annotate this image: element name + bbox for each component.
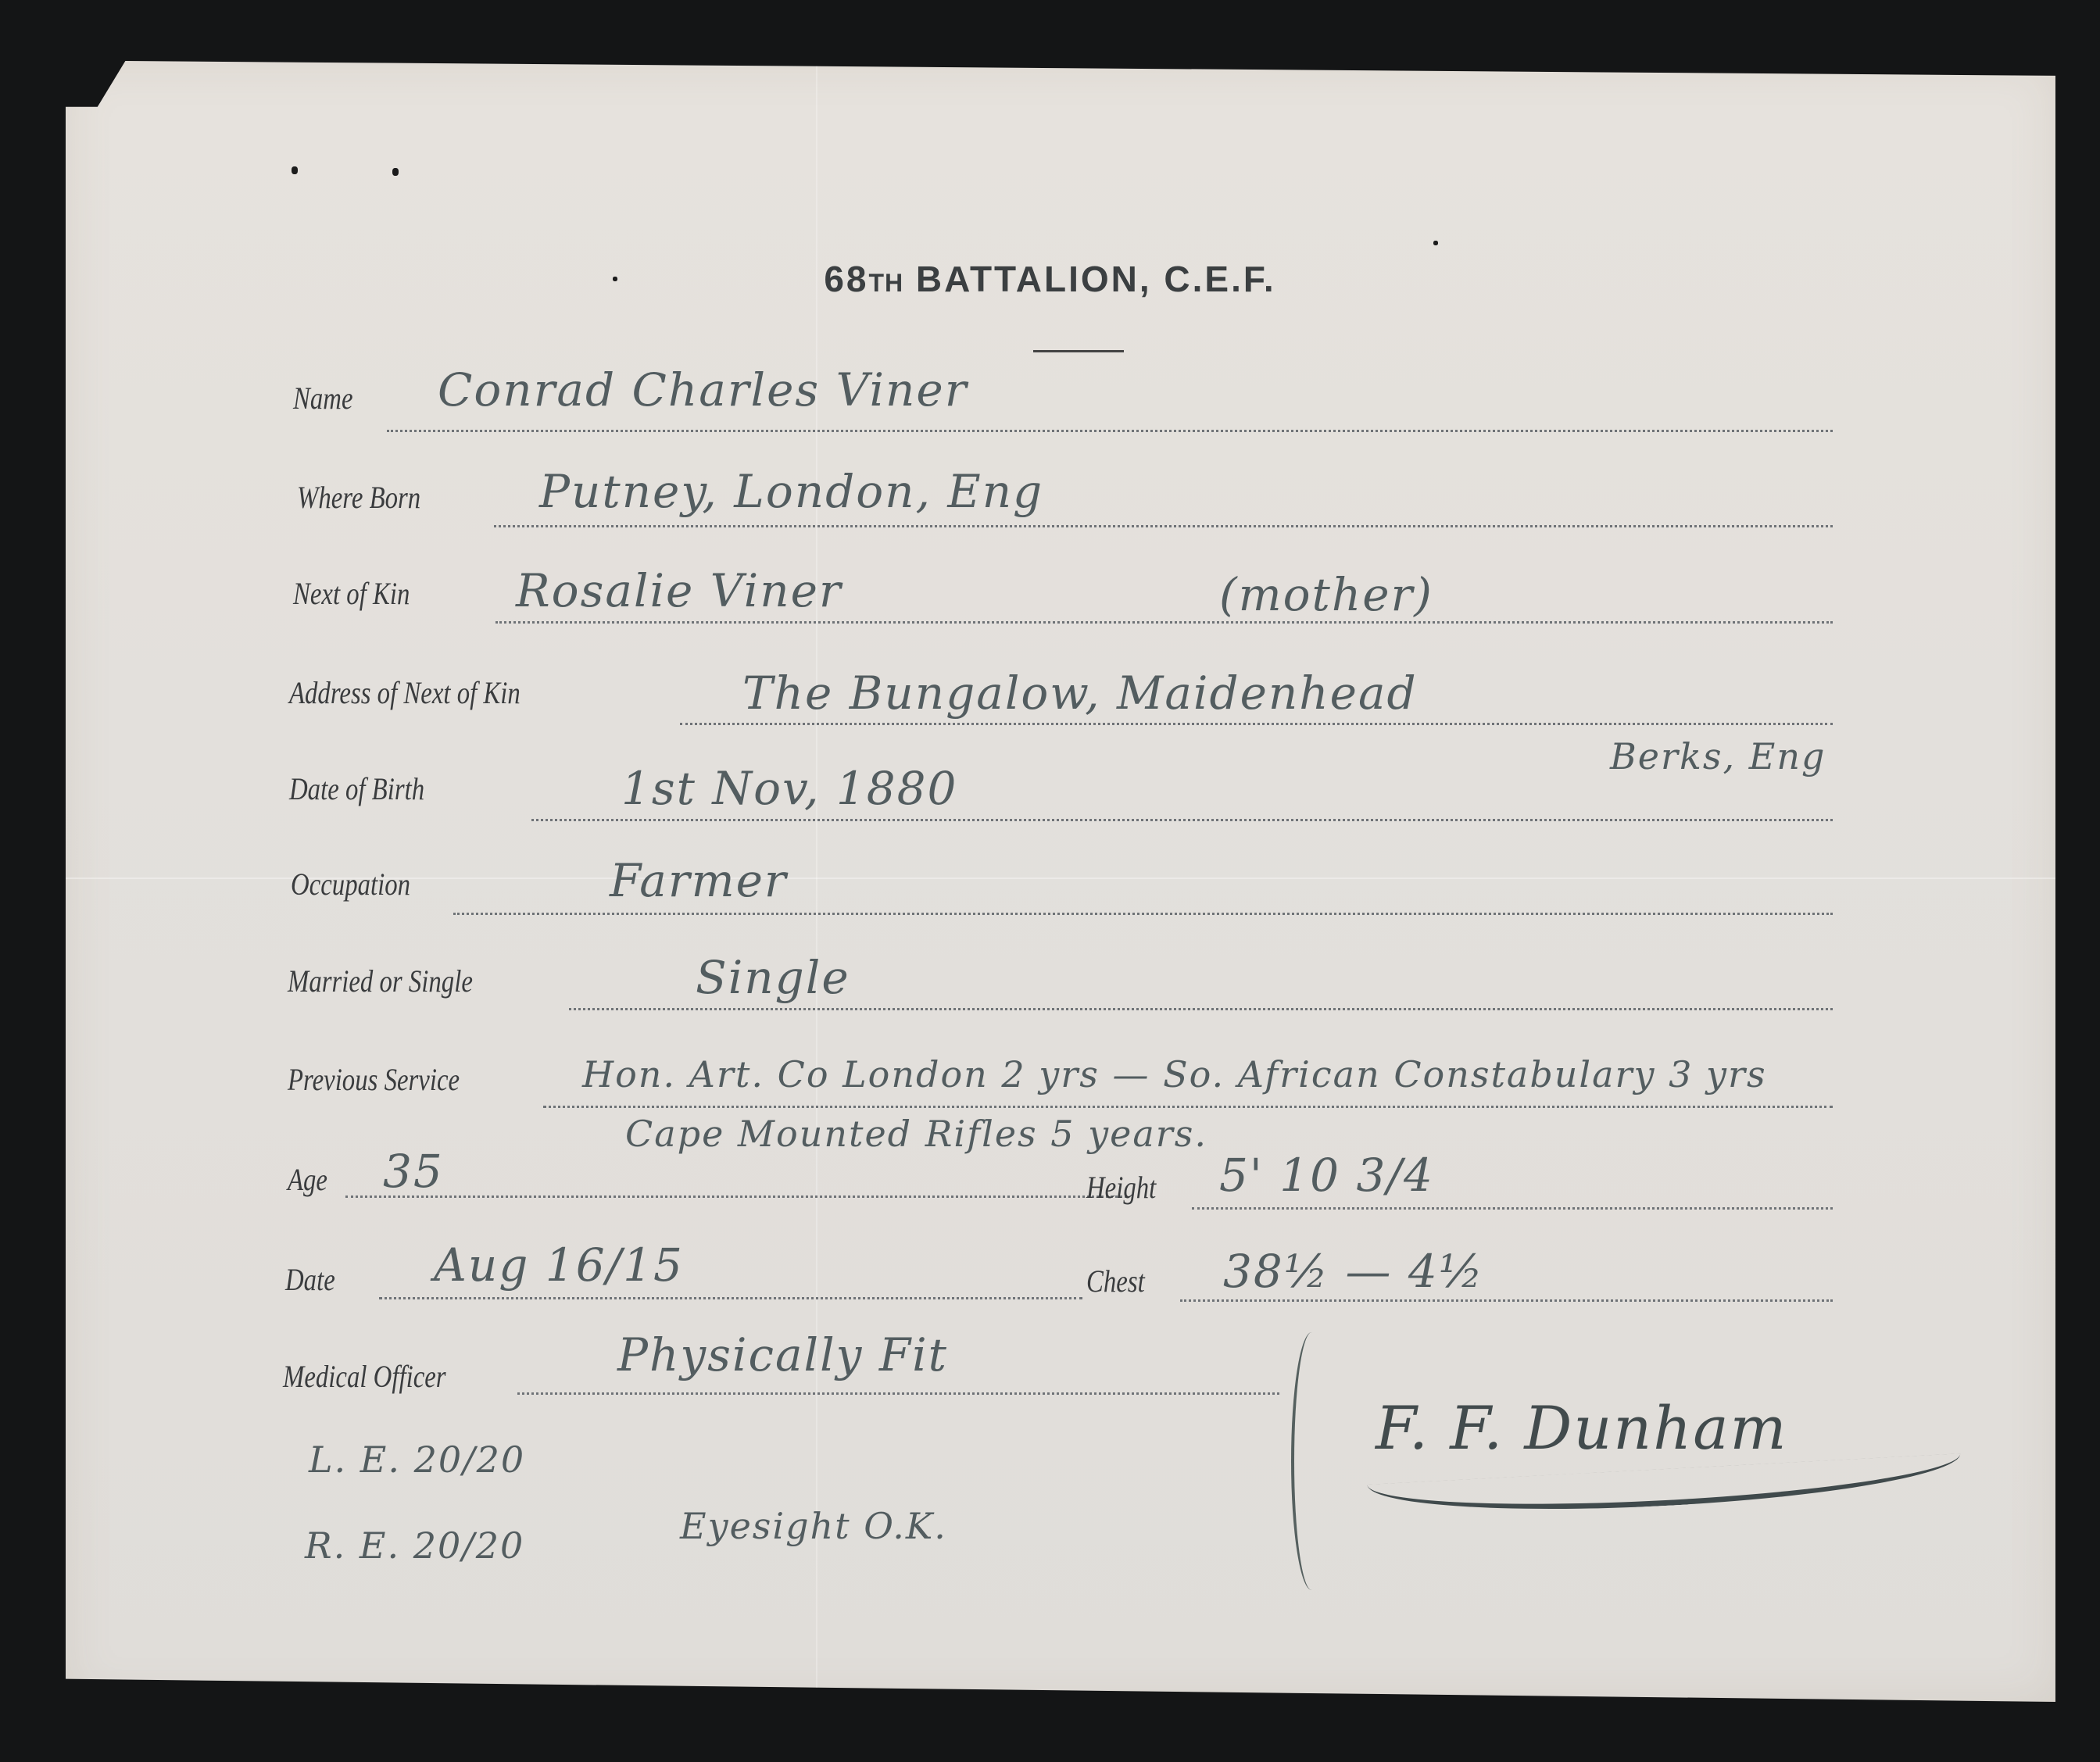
field-previous-service: Previous Service [288,1064,497,1095]
field-occupation: Occupation [291,869,437,900]
value-medical-officer: Physically Fit [617,1332,948,1378]
previous-service-line [543,1106,1833,1108]
field-chest: Chest [1086,1266,1157,1297]
signature-brace [1291,1332,1325,1590]
label-age: Age [288,1164,327,1196]
label-date: Date [285,1264,335,1296]
field-where-born: Where Born [297,482,448,513]
label-medical-officer: Medical Officer [283,1361,446,1392]
paper-fold-crease-vertical [816,61,817,1702]
label-height: Height [1086,1172,1156,1203]
field-married-or-single: Married or Single [288,966,513,997]
value-height: 5' 10 3/4 [1219,1153,1434,1198]
label-next-of-kin: Next of Kin [293,578,410,609]
note-right-eye: R. E. 20/20 [305,1528,524,1564]
value-married-or-single: Single [696,955,850,1000]
value-address-line2: Berks, Eng [1610,738,1826,774]
value-occupation: Farmer [610,858,788,903]
heading-text: BATTALION, C.E.F. [903,259,1276,299]
field-medical-officer: Medical Officer [283,1361,481,1392]
field-name: Name [293,383,366,414]
heading-divider [1033,350,1124,352]
pin-hole-icon [392,168,399,176]
field-age: Age [288,1164,336,1196]
pin-hole-icon [1433,241,1438,245]
where-born-line [494,525,1833,527]
field-date: Date [285,1264,346,1296]
value-date: Aug 16/15 [434,1242,684,1288]
value-date-of-birth: 1st Nov, 1880 [621,766,957,811]
date-line [379,1297,1082,1299]
name-line [387,430,1833,432]
value-next-of-kin-relation: (mother) [1219,572,1433,617]
value-name: Conrad Charles Viner [438,367,968,413]
age-line [345,1196,1127,1198]
label-married-or-single: Married or Single [288,966,473,997]
value-chest: 38½ — 4½ [1223,1249,1484,1294]
label-name: Name [293,383,353,414]
label-date-of-birth: Date of Birth [289,774,424,805]
heading-number: 68 [824,259,868,299]
next-of-kin-line [495,621,1833,624]
label-chest: Chest [1086,1266,1145,1297]
chest-line [1180,1299,1833,1302]
address-line [680,723,1833,725]
occupation-line [453,913,1833,915]
document-heading: 68TH BATTALION, C.E.F. [0,258,2100,300]
value-where-born: Putney, London, Eng [539,469,1043,514]
field-address-next-of-kin: Address of Next of Kin [289,677,571,709]
married-or-single-line [569,1008,1833,1010]
date-of-birth-line [531,819,1833,821]
heading-ordinal: TH [869,269,904,297]
value-previous-service-line2: Cape Mounted Rifles 5 years. [625,1116,1207,1152]
value-address: The Bungalow, Maidenhead [742,670,1418,716]
label-where-born: Where Born [297,482,420,513]
pin-hole-icon [292,166,298,174]
height-line [1192,1207,1833,1210]
label-address-next-of-kin: Address of Next of Kin [289,677,521,709]
field-height: Height [1086,1172,1172,1203]
value-next-of-kin: Rosalie Viner [516,568,843,613]
label-previous-service: Previous Service [288,1064,460,1095]
value-previous-service: Hon. Art. Co London 2 yrs — So. African … [582,1056,1767,1092]
note-left-eye: L. E. 20/20 [309,1442,525,1478]
field-next-of-kin: Next of Kin [293,578,435,609]
medical-officer-signature: F. F. Dunham [1376,1399,1788,1458]
medical-officer-line [517,1392,1279,1395]
note-eyesight: Eyesight O.K. [680,1508,947,1544]
value-age: 35 [383,1149,444,1194]
field-date-of-birth: Date of Birth [289,774,454,805]
label-occupation: Occupation [291,869,410,900]
